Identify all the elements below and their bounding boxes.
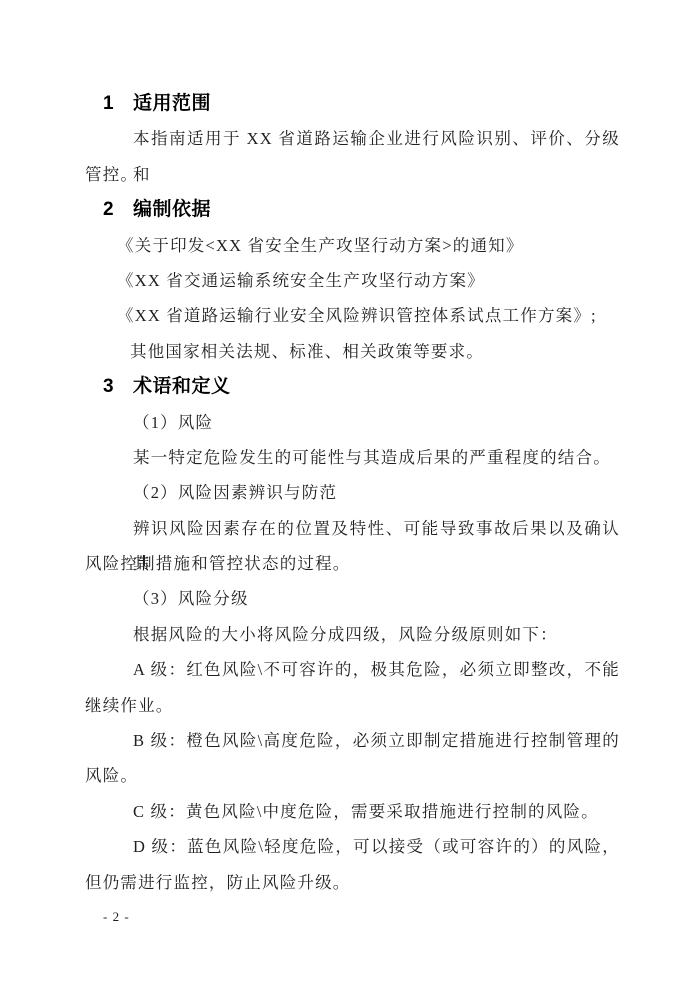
section-number: 3 [103,369,133,404]
text-line: 管控。 [85,157,620,192]
text-line: C 级：黄色风险\中度危险，需要采取措施进行控制的风险。 [85,794,620,829]
text-line: 继续作业。 [85,688,620,723]
text-line: 其他国家相关法规、标准、相关政策等要求。 [85,334,620,369]
text-line: 本指南适用于 XX 省道路运输企业进行风险识别、评价、分级和 [85,121,620,156]
text-line: （1）风险 [85,405,620,440]
text-line: D 级：蓝色风险\轻度危险，可以接受（或可容许的）的风险， [85,829,620,864]
text-line: A 级：红色风险\不可容许的，极其危险，必须立即整改，不能 [85,652,620,687]
section-heading: 2编制依据 [85,192,620,227]
section-title: 适用范围 [133,93,211,114]
text-line: 辨识风险因素存在的位置及特性、可能导致事故后果以及确认其 [85,511,620,546]
section-title: 编制依据 [133,199,211,220]
text-line: 根据风险的大小将风险分成四级，风险分级原则如下： [85,617,620,652]
text-line: 风险控制措施和管控状态的过程。 [85,546,620,581]
section-number: 1 [103,86,133,121]
text-line: 风险。 [85,758,620,793]
text-line: 某一特定危险发生的可能性与其造成后果的严重程度的结合。 [85,440,620,475]
text-line: B 级：橙色风险\高度危险，必须立即制定措施进行控制管理的 [85,723,620,758]
section-heading: 1适用范围 [85,86,620,121]
document-body: 1适用范围本指南适用于 XX 省道路运输企业进行风险识别、评价、分级和管控。2编… [85,86,620,900]
text-line: 《关于印发<XX 省安全生产攻坚行动方案>的通知》 [85,228,620,263]
text-line: 《XX 省交通运输系统安全生产攻坚行动方案》 [85,263,620,298]
section-title: 术语和定义 [133,376,231,397]
document-page: 1适用范围本指南适用于 XX 省道路运输企业进行风险识别、评价、分级和管控。2编… [0,0,700,990]
section-heading: 3术语和定义 [85,369,620,404]
text-line: （2）风险因素辨识与防范 [85,475,620,510]
section-number: 2 [103,192,133,227]
text-line: 《XX 省道路运输行业安全风险辨识管控体系试点工作方案》; [85,298,620,333]
text-line: 但仍需进行监控，防止风险升级。 [85,865,620,900]
page-number: - 2 - [103,909,130,925]
text-line: （3）风险分级 [85,581,620,616]
